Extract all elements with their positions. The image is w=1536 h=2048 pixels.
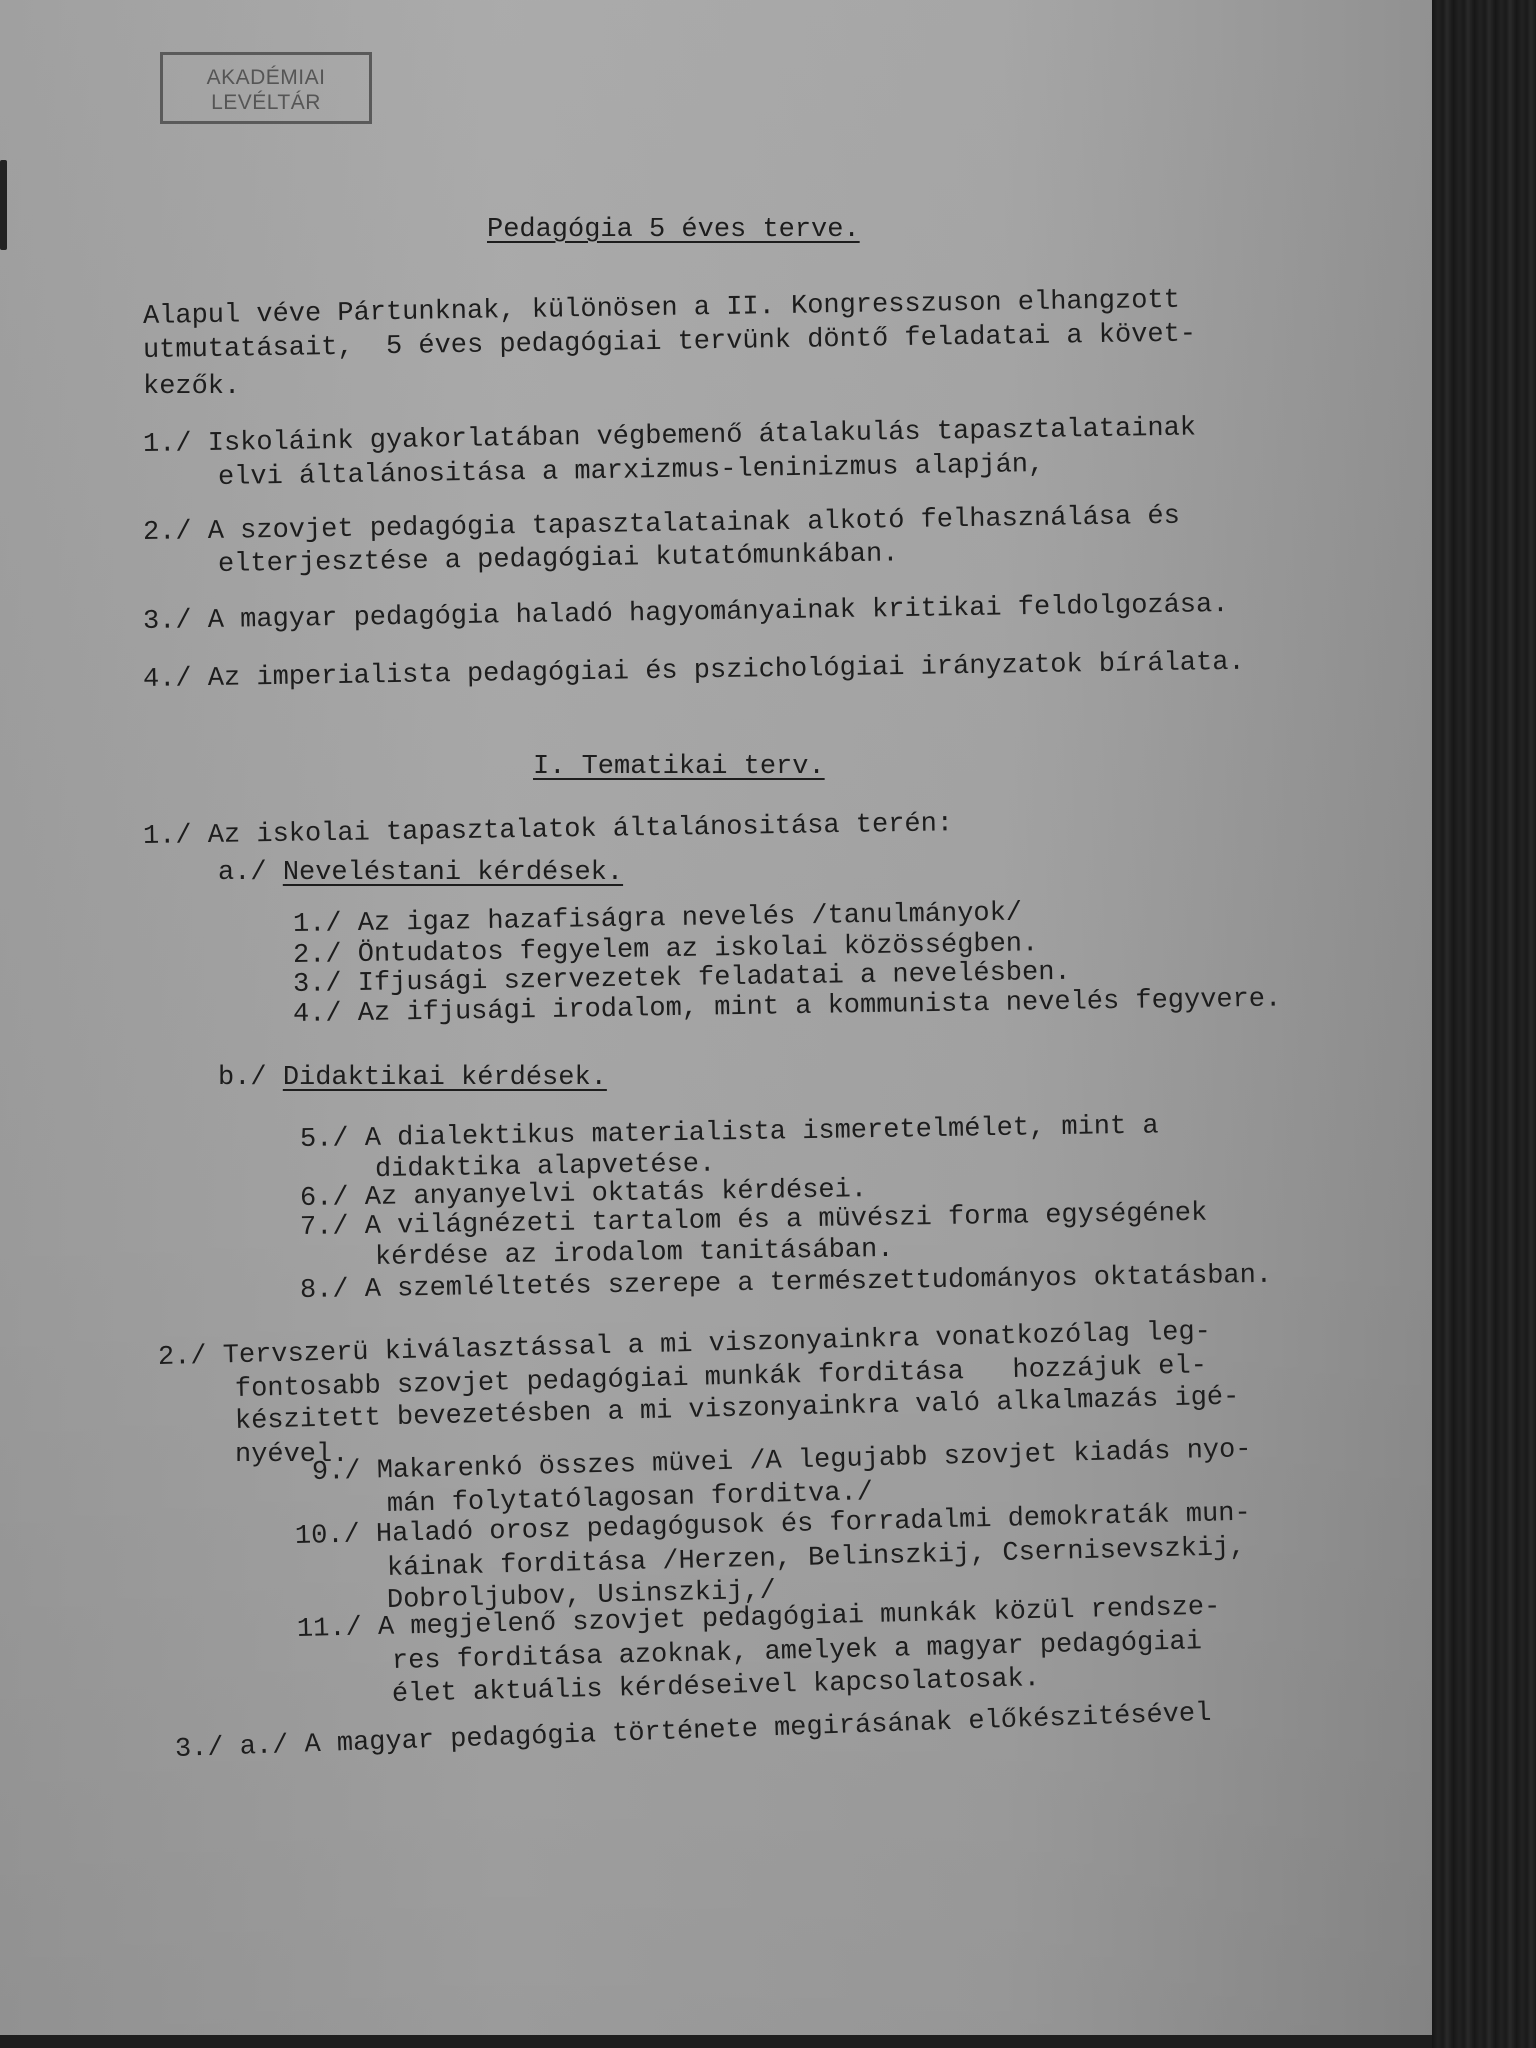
intro-line-3: kezők. — [143, 372, 240, 402]
subsection-a: a./ Neveléstani kérdések. — [218, 858, 623, 888]
typed-document: Pedagógia 5 éves terve. Alapul véve Párt… — [0, 0, 1434, 2035]
task-2-cont: elterjesztése a pedagógiai kutatómunkába… — [218, 539, 899, 580]
wooden-background — [1432, 0, 1536, 2048]
section-3: 3./ a./ A magyar pedagógia története meg… — [174, 1699, 1211, 1765]
section-1-heading: 1./ Az iskolai tapasztalatok általánosit… — [143, 809, 954, 852]
task-4: 4./ Az imperialista pedagógiai és pszich… — [143, 648, 1245, 695]
task-3: 3./ A magyar pedagógia haladó hagyománya… — [143, 590, 1229, 637]
document-title: Pedagógia 5 éves terve. — [487, 215, 860, 245]
subsection-b: b./ Didaktikai kérdések. — [218, 1063, 607, 1093]
section-heading: I. Tematikai terv. — [533, 752, 825, 782]
task-2: 2./ A szovjet pedagógia tapasztalatainak… — [143, 502, 1180, 548]
item-5: 5./ A dialektikus materialista ismeretel… — [300, 1112, 1159, 1155]
